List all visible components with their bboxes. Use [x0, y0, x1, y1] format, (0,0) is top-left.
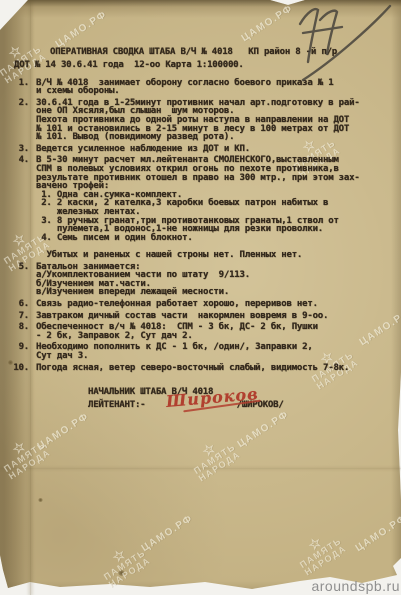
site-credit: aroundspb.ru — [311, 578, 400, 594]
item-text: Связь радио-телефонная работает хорошо, … — [36, 300, 395, 309]
item-number: 10. — [10, 364, 36, 373]
item-text: Батальон занимается: а/Укомплектованием … — [36, 263, 395, 297]
item-number: 2. — [10, 99, 36, 142]
report-item-3: 3. Ведется усиленное наблюдение из ДОТ и… — [10, 145, 395, 154]
signer-rank: ЛЕЙТЕНАНТ:- — [88, 400, 145, 410]
document-title-line2: ДОТ № 14 30.6.41 года 12-оо Карта 1:1000… — [10, 61, 395, 70]
document-title-line1: ОПЕРАТИВНАЯ СВОДКА ШТАБА В/Ч № 4018 КП р… — [10, 48, 395, 57]
report-item-10: 10. Погода ясная, ветер северо-восточный… — [10, 364, 395, 373]
report-item-4: 4. В 5-30 минут расчет мл.лейтенанта СМО… — [10, 156, 395, 259]
handwritten-signature: Широков — [166, 390, 259, 407]
item-text: Обеспеченност в/ч № 4018: СПМ - 3 бк, ДС… — [36, 323, 395, 340]
item-text: Погода ясная, ветер северо-восточный сла… — [36, 364, 395, 373]
item-text: 30.6.41 года в 1-25минут противник начал… — [36, 99, 395, 142]
report-item-7: 7. Завтраком дичный состав части накормл… — [10, 312, 395, 321]
report-item-8: 8. Обеспеченност в/ч № 4018: СПМ - 3 бк,… — [10, 323, 395, 340]
item-number: 8. — [10, 323, 36, 340]
item-text: Ведется усиленное наблюдение из ДОТ и КП… — [36, 145, 395, 154]
item-text: В 5-30 минут расчет мл.лейтенанта СМОЛЕН… — [36, 156, 395, 259]
paper-stain — [38, 498, 43, 502]
item-number: 7. — [10, 312, 36, 321]
document-body: ОПЕРАТИВНАЯ СВОДКА ШТАБА В/Ч № 4018 КП р… — [10, 48, 395, 409]
signature-block: НАЧАЛЬНИК ШТАБА В/Ч 4018 ЛЕЙТЕНАНТ:- /ШИ… — [10, 388, 395, 409]
item-number: 4. — [10, 156, 36, 259]
item-text: В/Ч № 4018 занимает оборону согласно бое… — [36, 79, 395, 96]
report-item-1: 1. В/Ч № 4018 занимает оборону согласно … — [10, 79, 395, 96]
item-number: 6. — [10, 300, 36, 309]
scanned-document-page: ЦАМО.РФ ЦАМО.РФ ЦАМО.РФ ЦАМО.РФ ЦАМО.РФ … — [0, 0, 401, 595]
report-item-6: 6. Связь радио-телефонная работает хорош… — [10, 300, 395, 309]
report-item-5: 5. Батальон занимается: а/Укомплектовани… — [10, 263, 395, 297]
item-number: 5. — [10, 263, 36, 297]
item-text: Необходимо пополнить к ДС - 1 бк, /один/… — [36, 343, 395, 360]
signer-rank-row: ЛЕЙТЕНАНТ:- /ШИРОКОВ/ Широков — [88, 401, 395, 410]
item-number: 1. — [10, 79, 36, 96]
item-number: 3. — [10, 145, 36, 154]
item-number: 9. — [10, 343, 36, 360]
document-header: ОПЕРАТИВНАЯ СВОДКА ШТАБА В/Ч № 4018 КП р… — [10, 48, 395, 70]
report-item-2: 2. 30.6.41 года в 1-25минут противник на… — [10, 99, 395, 142]
item-text: Завтраком дичный состав части накормлен … — [36, 312, 395, 321]
report-item-9: 9. Необходимо пополнить к ДС - 1 бк, /од… — [10, 343, 395, 360]
